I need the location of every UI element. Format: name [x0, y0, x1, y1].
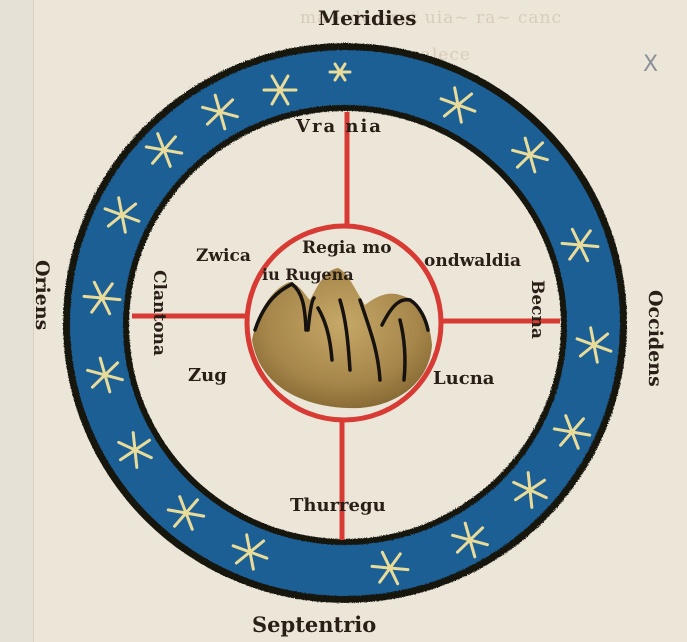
- cosmological-diagram: [0, 0, 687, 642]
- direction-top-label: Meridies: [318, 8, 417, 28]
- region-upper-left-label: Zwica: [196, 248, 251, 265]
- region-upper-right-label: ondwaldia: [424, 253, 521, 270]
- margin-pencil-note: X: [643, 52, 658, 77]
- region-bottom-label: Thurregu: [290, 497, 386, 515]
- region-left-label: Clantona: [150, 270, 167, 356]
- region-upper-center-label: Regia mo: [302, 240, 392, 257]
- direction-right-label: Occidens: [645, 290, 664, 387]
- direction-left-label: Oriens: [32, 260, 51, 330]
- region-center-label: iu Rugena: [262, 267, 354, 283]
- region-top-label: Vra nia: [296, 118, 383, 136]
- manuscript-page: ma~ de erat uia~ ra~ canc ~~ qualece uli…: [0, 0, 687, 642]
- region-right-label: Becna: [528, 280, 545, 339]
- region-lower-right-label: Lucna: [433, 370, 494, 388]
- region-lower-left-label: Zug: [188, 367, 227, 385]
- direction-bottom-label: Septentrio: [252, 614, 376, 635]
